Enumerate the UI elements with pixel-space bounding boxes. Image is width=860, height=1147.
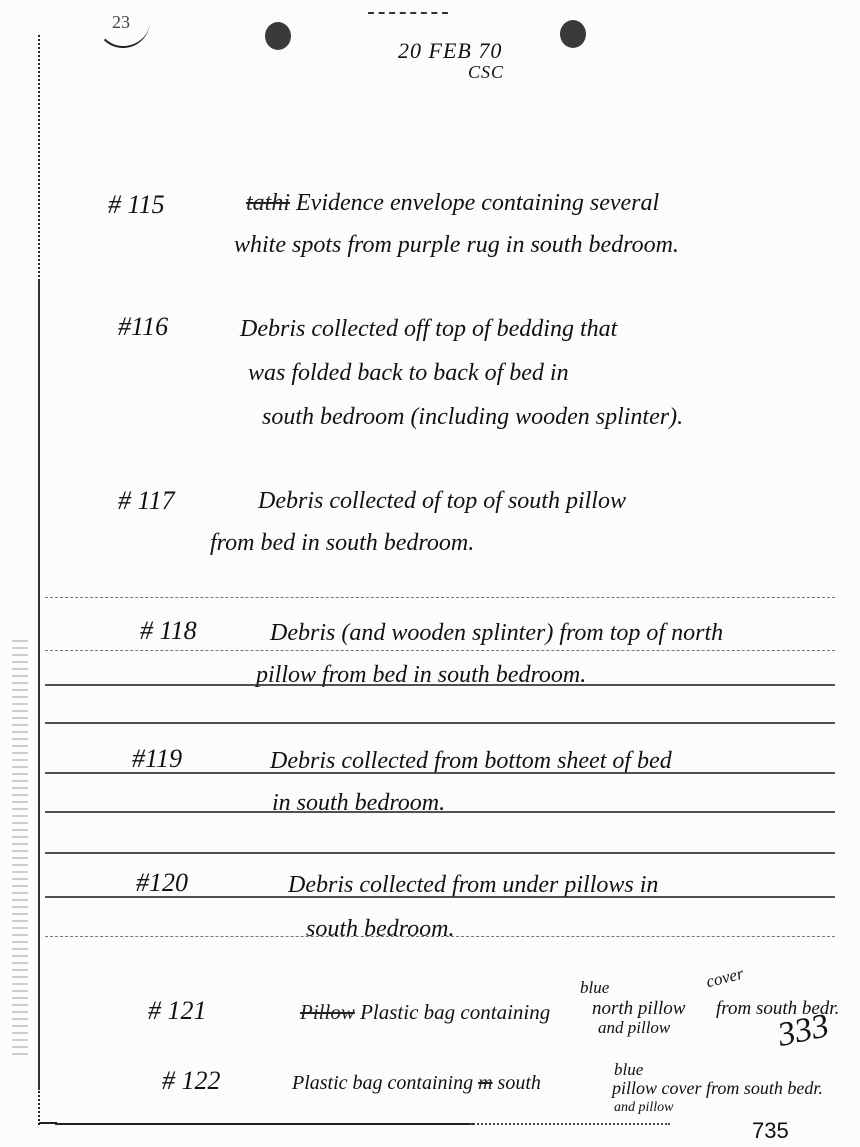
page-number: 735: [752, 1118, 789, 1144]
entry-number-122: # 122: [162, 1066, 221, 1096]
ruled-line: [45, 896, 835, 898]
entry-number-120: #120: [136, 868, 188, 898]
circled-page-mark: 23: [96, 6, 150, 48]
bottom-margin-rule: [55, 1123, 475, 1125]
entry-text: Plastic bag containing: [360, 1000, 550, 1024]
circled-mark-text: 23: [112, 12, 130, 33]
entry-number-116: #116: [118, 312, 168, 342]
struck-text: m: [478, 1072, 492, 1094]
binding-edge-noise: [12, 640, 28, 1060]
ruled-line: [45, 722, 835, 724]
header-initials: CSC: [468, 62, 504, 83]
entry-120-line-1: Debris collected from under pillows in: [288, 872, 658, 899]
entry-number-118: # 118: [140, 616, 197, 646]
entry-118-line-1: Debris (and wooden splinter) from top of…: [270, 620, 723, 647]
punch-hole-icon: [560, 20, 586, 48]
scanned-document-page: 23 20 FEB 70 CSC # 115 tathi Evidence en…: [0, 0, 860, 1147]
entry-116-line-3: south bedroom (including wooden splinter…: [262, 404, 683, 431]
entry-121-insert-cover: cover: [704, 964, 745, 993]
ruled-line: [45, 852, 835, 854]
left-margin-rule-solid: [38, 280, 40, 1090]
ruled-line: [45, 650, 835, 651]
entry-121-line-main: Pillow Plastic bag containing: [300, 1000, 550, 1025]
entry-122-insert-below: and pillow: [614, 1100, 674, 1116]
entry-number-119: #119: [132, 744, 182, 774]
entry-121-line-mid: north pillow: [592, 998, 685, 1020]
entry-117-line-2: from bed in south bedroom.: [210, 530, 474, 557]
punch-hole-icon: [265, 22, 291, 50]
entry-120-line-2: south bedroom.: [306, 916, 454, 943]
ruled-line: [45, 684, 835, 686]
entry-text: Plastic bag containing: [292, 1072, 473, 1094]
margin-corner: [20, 1090, 58, 1124]
entry-text-south: south: [498, 1072, 541, 1094]
entry-119-line-1: Debris collected from bottom sheet of be…: [270, 748, 672, 775]
entry-121-insert-below: and pillow: [598, 1018, 670, 1038]
bottom-margin-rule-dotted: [470, 1123, 670, 1125]
ruled-line: [45, 772, 835, 774]
entry-text: Evidence envelope containing several: [296, 190, 659, 216]
entry-122-line-main: Plastic bag containing m south: [292, 1072, 541, 1095]
entry-115-line-2: white spots from purple rug in south bed…: [234, 232, 679, 259]
struck-text: tathi: [246, 190, 290, 216]
header-date: 20 FEB 70: [398, 38, 502, 64]
entry-116-line-1: Debris collected off top of bedding that: [240, 316, 617, 343]
ruled-line: [45, 597, 835, 598]
ruled-line: [45, 936, 835, 937]
entry-117-line-1: Debris collected of top of south pillow: [258, 488, 626, 515]
entry-number-115: # 115: [108, 190, 165, 220]
entry-116-line-2: was folded back to back of bed in: [248, 360, 569, 387]
entry-number-117: # 117: [118, 486, 175, 516]
entry-121-insert-above: blue: [580, 978, 609, 998]
entry-number-121: # 121: [148, 996, 207, 1026]
top-dash-marks: [368, 12, 448, 14]
entry-122-insert-above: blue: [614, 1060, 643, 1080]
struck-text: Pillow: [300, 1000, 355, 1024]
entry-115-line-1: tathi Evidence envelope containing sever…: [246, 190, 659, 217]
entry-122-line-mid: pillow cover from south bedr.: [612, 1078, 823, 1099]
ruled-line: [45, 811, 835, 813]
